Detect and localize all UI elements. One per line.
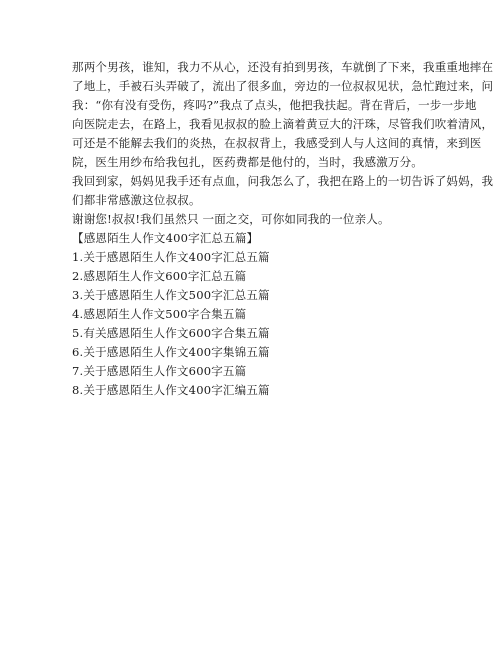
story-paragraph-1: 那两个男孩，谁知，我力不从心，还没有拍到男孩，车就倒了下来，我重重地摔在 了地上… — [72, 58, 434, 172]
document-page: 那两个男孩，谁知，我力不从心，还没有拍到男孩，车就倒了下来，我重重地摔在 了地上… — [72, 58, 434, 400]
list-item: 2.感恩陌生人作文600字汇总五篇 — [72, 267, 434, 286]
text-line: 我回到家，妈妈见我手还有点血，问我怎么了，我把在路上的一切告诉了妈妈，我 — [72, 172, 434, 191]
list-item: 7.关于感恩陌生人作文600字五篇 — [72, 362, 434, 381]
list-item: 1.关于感恩陌生人作文400字汇总五篇 — [72, 248, 434, 267]
list-item: 4.感恩陌生人作文500字合集五篇 — [72, 305, 434, 324]
text-line: 向医院走去，在路上，我看见叔叔的脸上滴着黄豆大的汗珠，尽管我们吹着清风， — [72, 115, 434, 134]
story-paragraph-2: 我回到家，妈妈见我手还有点血，问我怎么了，我把在路上的一切告诉了妈妈，我 们都非… — [72, 172, 434, 210]
list-item: 8.关于感恩陌生人作文400字汇编五篇 — [72, 381, 434, 400]
text-line: 们都非常感激这位叔叔。 — [72, 191, 434, 210]
list-item: 3.关于感恩陌生人作文500字汇总五篇 — [72, 286, 434, 305]
list-item: 6.关于感恩陌生人作文400字集锦五篇 — [72, 343, 434, 362]
text-line: 我：“你有没有受伤，疼吗?”我点了点头，他把我扶起。背在背后，一步一步地 — [72, 96, 434, 115]
text-line: 那两个男孩，谁知，我力不从心，还没有拍到男孩，车就倒了下来，我重重地摔在 — [72, 58, 434, 77]
text-line: 了地上，手被石头弄破了，流出了很多血，旁边的一位叔叔见状，急忙跑过来，问 — [72, 77, 434, 96]
related-articles-list: 1.关于感恩陌生人作文400字汇总五篇 2.感恩陌生人作文600字汇总五篇 3.… — [72, 248, 434, 400]
text-line: 可还是不能解去我们的炎热，在叔叔背上，我感受到人与人这间的真情，来到医 — [72, 134, 434, 153]
list-item: 5.有关感恩陌生人作文600字合集五篇 — [72, 324, 434, 343]
text-line: 院，医生用纱布给我包扎，医药费都是他付的，当时，我感激万分。 — [72, 153, 434, 172]
section-heading: 【感恩陌生人作文400字汇总五篇】 — [72, 229, 434, 248]
story-paragraph-3: 谢谢您!叔叔!我们虽然只 一面之交，可你如同我的一位亲人。 — [72, 210, 434, 229]
